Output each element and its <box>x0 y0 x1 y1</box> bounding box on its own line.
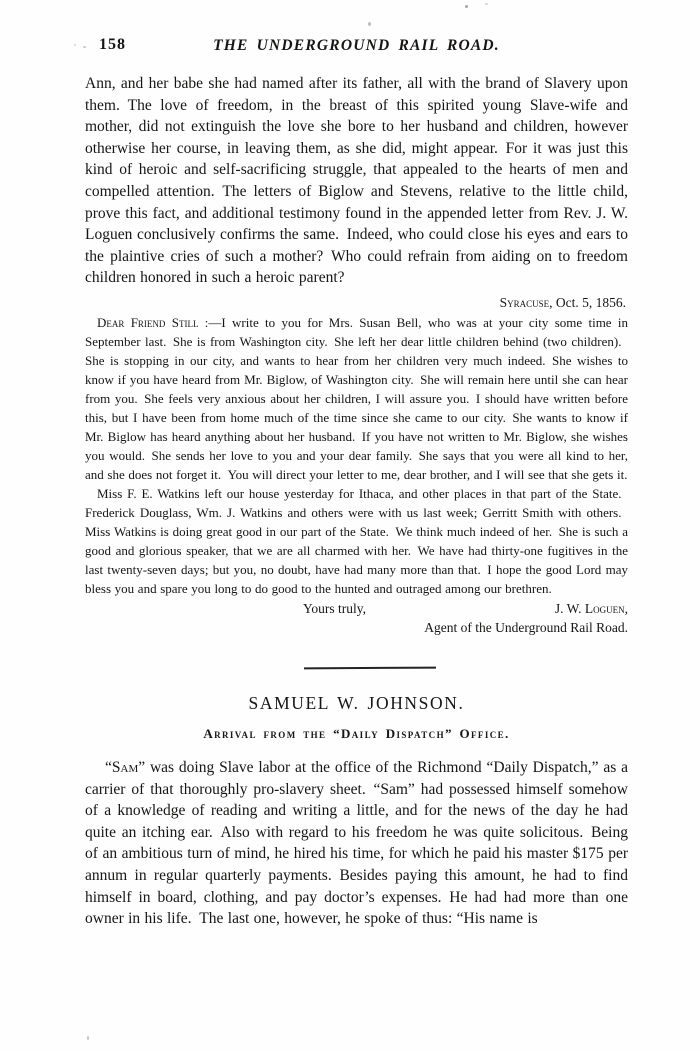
scan-speck <box>74 44 76 46</box>
letter-paragraph-2: Miss F. E. Watkins left our house yester… <box>85 484 628 598</box>
letter-signature-row: Yours truly, J. W. Loguen, <box>85 599 628 618</box>
letter-paragraph-1: Dear Friend Still :—I write to you for M… <box>85 313 628 484</box>
letter-dateline: Syracuse, Oct. 5, 1856. <box>85 293 626 312</box>
section-divider-rule <box>303 667 435 670</box>
sam-lead-word: Sam <box>112 759 138 776</box>
letter-paragraph-1-text: :—I write to you for Mrs. Susan Bell, wh… <box>85 315 628 482</box>
letter-signature: J. W. Loguen, <box>555 599 628 618</box>
scan-speck <box>465 5 468 8</box>
book-page-scan: 158 THE UNDERGROUND RAIL ROAD. Ann, and … <box>0 0 700 1051</box>
letter-signature-title: Agent of the Underground Rail Road. <box>85 618 628 637</box>
sam-paragraph-text: ” was doing Slave labor at the office of… <box>85 759 628 927</box>
intro-paragraph: Ann, and her babe she had named after it… <box>85 73 628 289</box>
scan-speck <box>87 1036 89 1040</box>
running-title: THE UNDERGROUND RAIL ROAD. <box>85 37 628 55</box>
sam-paragraph: “Sam” was doing Slave labor at the offic… <box>85 757 628 930</box>
letter-closing: Yours truly, <box>303 599 366 618</box>
text-block: 158 THE UNDERGROUND RAIL ROAD. Ann, and … <box>85 36 628 930</box>
letter-salutation: Dear Friend Still <box>97 315 198 330</box>
section-subheading: Arrival from the “Daily Dispatch” Office… <box>85 726 628 742</box>
running-head: 158 THE UNDERGROUND RAIL ROAD. <box>85 36 628 58</box>
scan-speck <box>485 3 488 5</box>
dateline-place: Syracuse, <box>500 295 553 310</box>
section-heading: SAMUEL W. JOHNSON. <box>85 693 628 714</box>
scan-speck <box>368 22 371 26</box>
sam-open-quote: “ <box>105 759 112 776</box>
dateline-date: Oct. 5, 1856. <box>553 295 627 310</box>
